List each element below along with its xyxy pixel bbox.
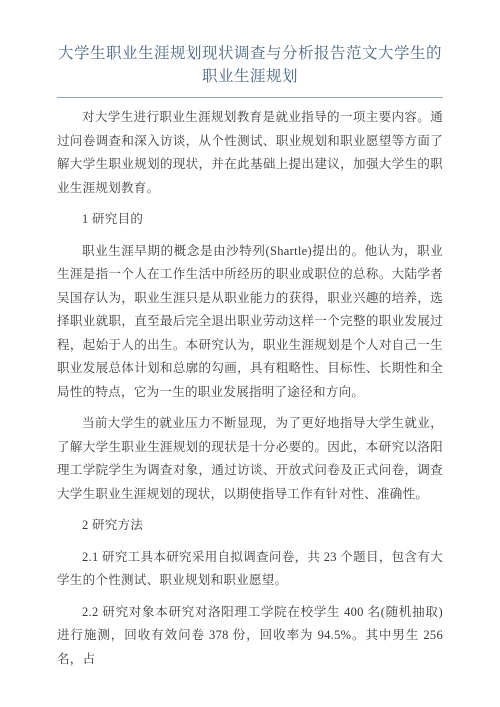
paragraph-career-definition: 职业生涯早期的概念是由沙特列(Shartle)提出的。他认为，职业生涯是指一个人… [57, 240, 443, 405]
document-body: 对大学生进行职业生涯规划教育是就业指导的一项主要内容。通过问卷调查和深入访谈，从… [57, 106, 443, 671]
section-heading-research-purpose: 1 研究目的 [57, 208, 443, 232]
paragraph-research-subjects: 2.2 研究对象本研究对洛阳理工学院在校学生 400 名(随机抽取)进行施测，回… [57, 601, 443, 672]
paragraph-research-tool: 2.1 研究工具本研究采用自拟调查问卷，共 23 个题目，包含有大学生的个性测试… [57, 546, 443, 593]
section-heading-research-method: 2 研究方法 [57, 514, 443, 538]
title-divider [57, 97, 443, 98]
paragraph-intro: 对大学生进行职业生涯规划教育是就业指导的一项主要内容。通过问卷调查和深入访谈，从… [57, 106, 443, 200]
document-page: 大学生职业生涯规划现状调查与分析报告范文大学生的职业生涯规划 对大学生进行职业生… [0, 0, 500, 707]
paragraph-research-necessity: 当前大学生的就业压力不断显现，为了更好地指导大学生就业，了解大学生职业生涯规划的… [57, 412, 443, 506]
document-title: 大学生职业生涯规划现状调查与分析报告范文大学生的职业生涯规划 [57, 42, 443, 88]
